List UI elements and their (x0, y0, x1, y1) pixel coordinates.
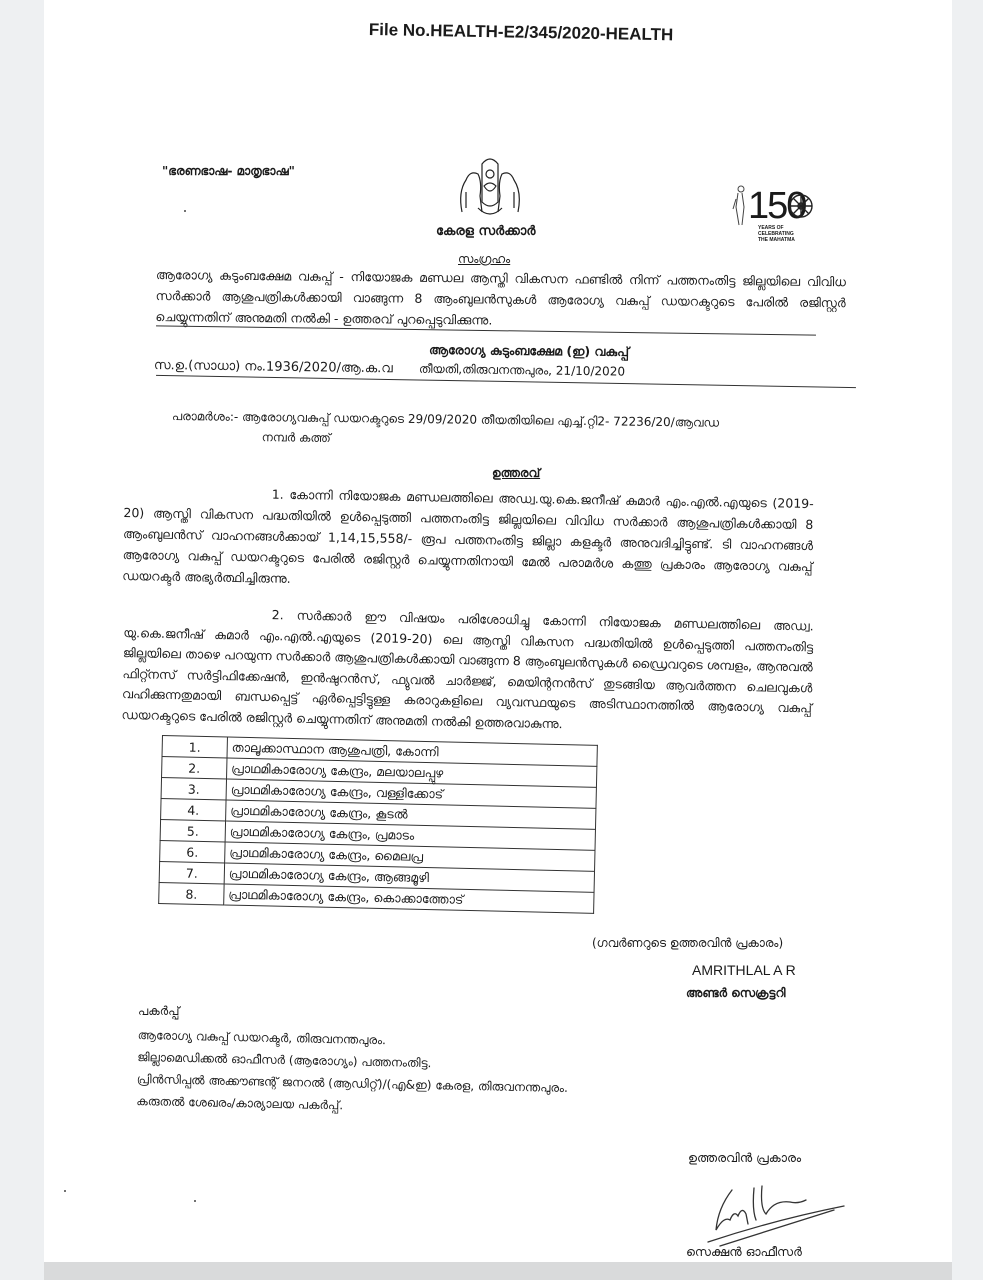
scanned-document-page: File No.HEALTH-E2/345/2020-HEALTH "ഭരണഭാ… (44, 0, 952, 1262)
scan-speck (64, 1190, 66, 1192)
hospital-serial-number: 5. (160, 819, 225, 841)
abstract-heading: സംഗ്രഹം (458, 252, 510, 267)
gandhi-logo-caption: YEARS OF CELEBRATING THE MAHATMA (758, 225, 795, 243)
scan-speck (194, 1200, 196, 1202)
hospital-serial-number: 4. (161, 798, 226, 820)
governor-order-note: (ഗവർണറുടെ ഉത്തരവിൻ പ്രകാരം) (592, 936, 783, 951)
government-of-kerala-label: കേരള സർക്കാർ (436, 224, 535, 239)
by-order-note: ഉത്തരവിൻ പ്രകാരം (688, 1150, 801, 1166)
official-language-motto: "ഭരണഭാഷ- മാതൃഭാഷ" (162, 164, 295, 179)
hospital-list-table: 1.താലൂക്കാസ്ഥാന ആശുപത്രി, കോന്നി2.പ്രാഥമ… (158, 735, 598, 914)
signatory-title: അണ്ടർ സെക്രട്ടറി (686, 986, 786, 1001)
reference-text: ആരോഗ്യവകുപ്പ് ഡയറക്ടറുടെ 29/09/2020 തീയത… (242, 410, 719, 430)
hospital-serial-number: 3. (161, 778, 226, 800)
handwritten-signature-icon (694, 1180, 854, 1250)
reference-continuation: നമ്പർ കത്ത് (172, 426, 852, 454)
hospital-serial-number: 2. (162, 757, 227, 779)
signatory-name: AMRITHLAL A R (692, 962, 796, 978)
reference-block: പരാമർശം:- ആരോഗ്യവകുപ്പ് ഡയറക്ടറുടെ 29/09… (172, 406, 852, 454)
gandhi-150-years-icon: 150 YEARS OF CELEBRATING THE MAHATMA (732, 183, 814, 253)
abstract-text: ആരോഗ്യ കുടുംബക്ഷേമ വകുപ്പ് - നിയോജക മണ്ഡ… (155, 264, 846, 334)
order-date: തീയതി,തിരുവനന്തപുരം, 21/10/2020 (419, 362, 625, 379)
order-number: സ.ഉ.(സാധാ) നം.1936/2020/ആ.ക.വ (154, 358, 393, 376)
hospital-serial-number: 7. (159, 861, 224, 883)
order-paragraph-2: 2. സർക്കാർ ഈ വിഷയം പരിശോധിച്ചു കോന്നി നി… (121, 602, 813, 739)
page-bottom-edge (44, 1262, 952, 1280)
order-heading: ഉത്തരവ് (492, 466, 540, 481)
reference-label: പരാമർശം:- (172, 409, 239, 424)
section-officer-title: സെക്ഷൻ ഓഫീസർ (686, 1244, 802, 1260)
hospital-serial-number: 8. (159, 882, 224, 904)
copy-to-heading: പകർപ്പ് (138, 1004, 179, 1019)
hospital-serial-number: 6. (160, 840, 225, 862)
hospital-serial-number: 1. (162, 736, 227, 758)
kerala-state-emblem-icon (452, 152, 528, 222)
order-paragraph-1: 1. കോന്നി നിയോജക മണ്ഡലത്തിലെ അഡ്വ.യു.കെ.… (122, 481, 814, 598)
file-number: File No.HEALTH-E2/345/2020-HEALTH (369, 20, 674, 45)
department-name: ആരോഗ്യ കുടുംബക്ഷേമ (ഇ) വകുപ്പ് (429, 342, 629, 360)
copy-to-list: ആരോഗ്യ വകുപ്പ് ഡയറക്ടർ, തിരുവനന്തപുരം. ജ… (136, 1024, 569, 1121)
scan-speck (184, 210, 186, 212)
